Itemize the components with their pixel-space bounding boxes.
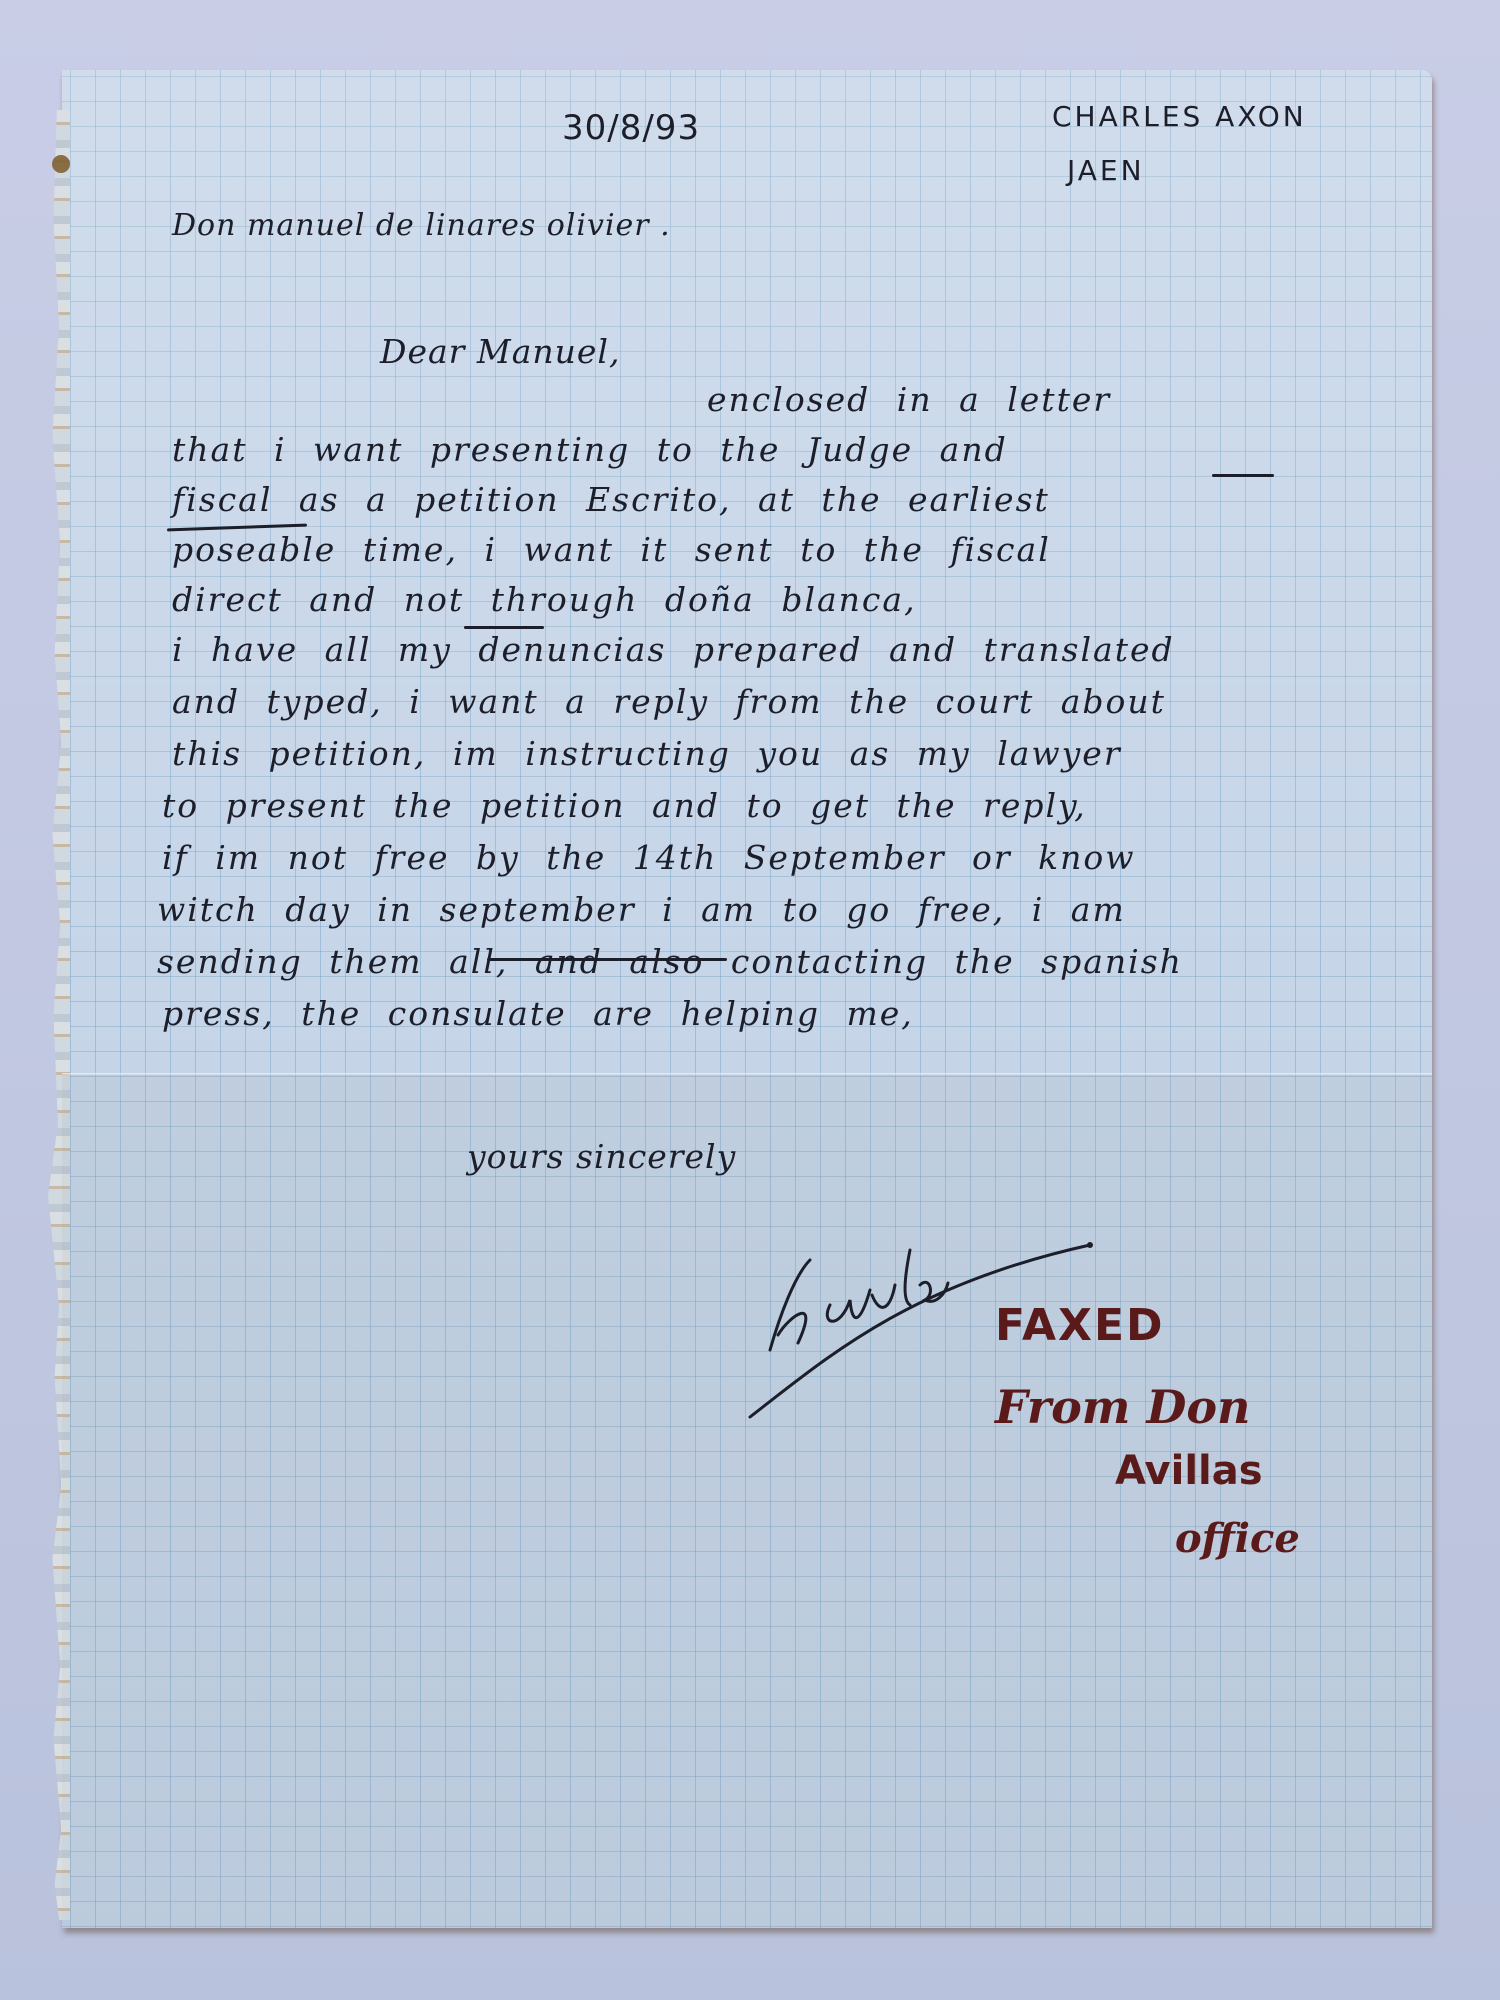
body-line-8: this petition, im instructing you as my … — [172, 734, 1122, 773]
body-line-10: if im not free by the 14th September or … — [162, 838, 1136, 877]
paper-fold-line — [62, 1073, 1432, 1076]
underline-and — [1212, 474, 1274, 477]
annotation-from-don: From Don — [995, 1380, 1250, 1434]
binder-hole — [52, 155, 70, 173]
annotation-office: office — [1175, 1515, 1300, 1562]
recipient-line: Don manuel de linares olivier . — [172, 208, 671, 243]
body-line-3: fiscal as a petition Escrito, at the ear… — [172, 480, 1050, 519]
underline-september — [487, 958, 727, 961]
salutation: Dear Manuel, — [380, 332, 620, 371]
body-line-5: direct and not through doña blanca, — [172, 580, 917, 619]
sender-location: JAEN — [1067, 154, 1145, 187]
body-line-4: poseable time, i want it sent to the fis… — [172, 530, 1051, 569]
letter-date: 30/8/93 — [562, 108, 700, 148]
body-line-1: enclosed in a letter — [707, 380, 1111, 419]
sender-name: CHARLES AXON — [1052, 100, 1307, 133]
annotation-office-name: Avillas — [1115, 1448, 1263, 1494]
body-line-7: and typed, i want a reply from the court… — [172, 682, 1166, 721]
underline-not — [464, 626, 544, 629]
body-line-2: that i want presenting to the Judge and — [172, 430, 1008, 469]
body-line-6: i have all my denuncias prepared and tra… — [172, 630, 1175, 669]
body-line-9: to present the petition and to get the r… — [162, 786, 1087, 825]
graph-paper-letter: 30/8/93 CHARLES AXON JAEN Don manuel de … — [62, 70, 1432, 1928]
body-line-11: witch day in september i am to go free, … — [157, 890, 1126, 929]
annotation-faxed: FAXED — [995, 1300, 1165, 1351]
body-line-13: press, the consulate are helping me, — [162, 994, 914, 1033]
body-line-12: sending them all, and also contacting th… — [157, 942, 1183, 981]
